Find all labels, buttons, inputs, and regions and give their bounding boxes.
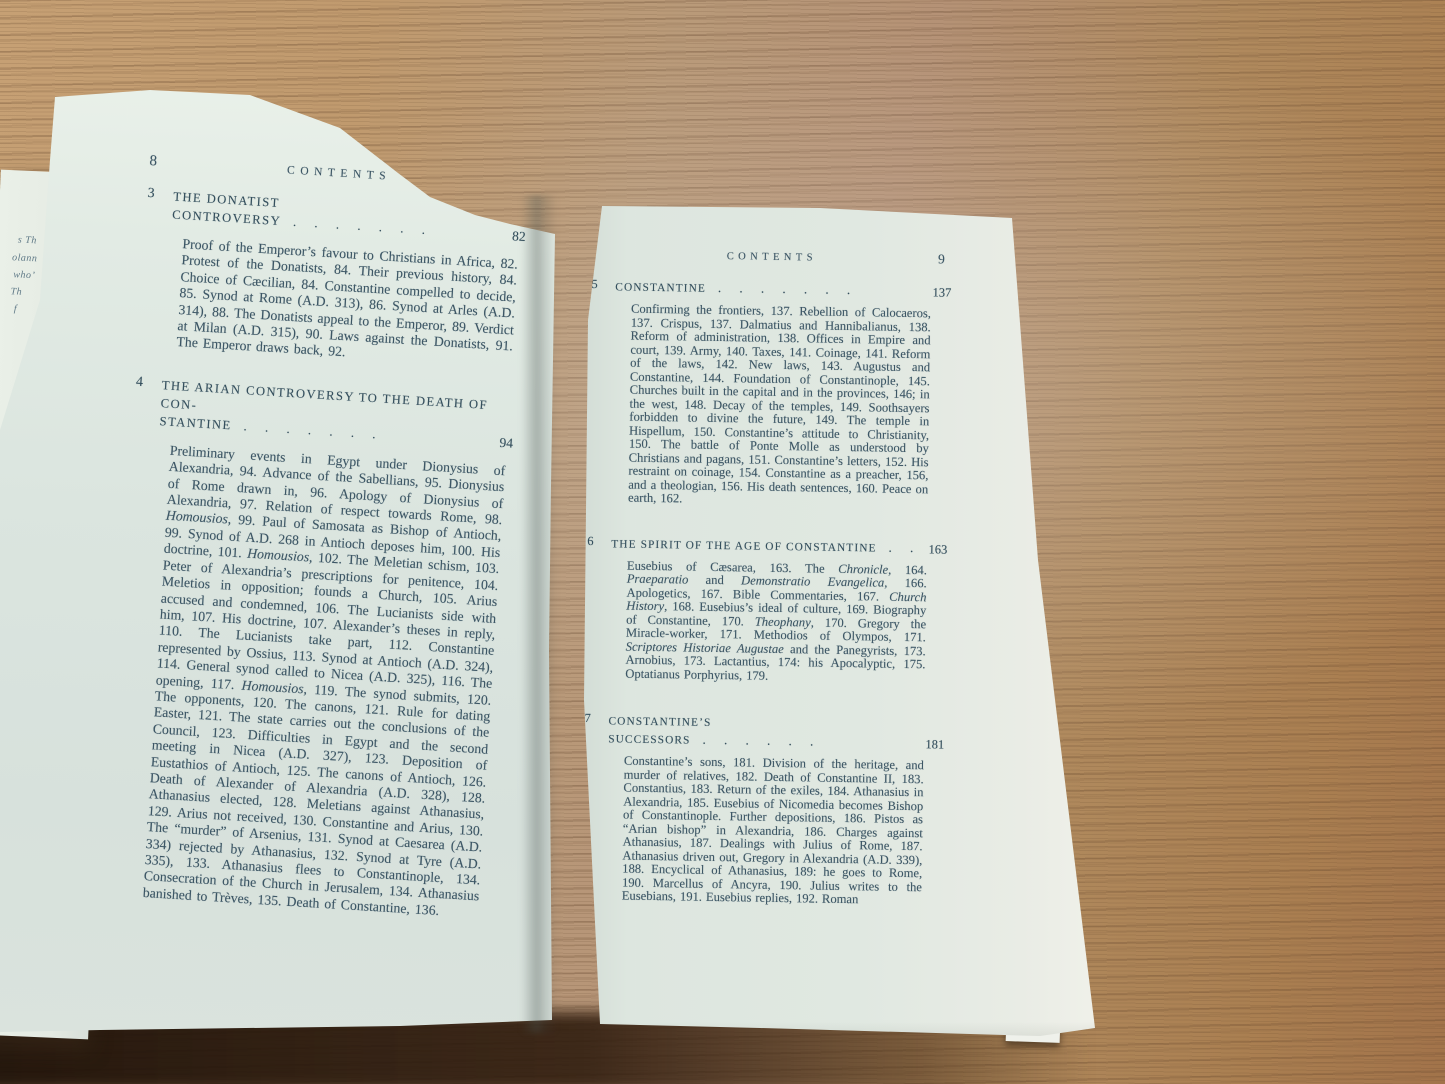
section-heading: 7 CONSTANTINE’S SUCCESSORS. . . . . . 18… <box>584 711 945 753</box>
leader-dots: . . . . . . . <box>293 214 426 237</box>
section-number: 3 <box>147 186 174 204</box>
running-head: CONTENTS <box>149 156 529 191</box>
section-number: 7 <box>584 711 608 726</box>
underpage-text-fragment: Th <box>10 286 22 297</box>
running-head: CONTENTS <box>592 249 952 266</box>
left-page: 8 CONTENTS 3 THE DONATIST CONTROVERSY. .… <box>0 85 670 1045</box>
section-number: 5 <box>591 277 615 292</box>
underpage-text-fragment: who’ <box>13 269 35 281</box>
underpage-text-fragment: olann <box>12 252 38 264</box>
section-title: THE SPIRIT OF THE AGE OF CONSTANTINE <box>611 538 876 554</box>
section-heading: 3 THE DONATIST CONTROVERSY. . . . . . . … <box>146 186 527 245</box>
section-title: CONSTANTINE <box>615 281 706 294</box>
section-body: Confirming the frontiers, 137. Rebellion… <box>628 303 931 510</box>
book-photo: s Th olann who’ Th f 8 CONTENTS 3 THE DO… <box>0 0 1445 1084</box>
underpage-text-fragment: f <box>14 303 18 314</box>
section-body: Preliminary events in Egypt under Dionys… <box>142 443 505 922</box>
page-number: 9 <box>938 251 946 267</box>
section-number: 4 <box>135 374 162 392</box>
section-page-ref: 181 <box>925 737 944 752</box>
section-title: THE DONATIST CONTROVERSY <box>172 190 282 229</box>
right-page-header: CONTENTS 9 <box>592 246 952 272</box>
section-number: 6 <box>587 533 611 548</box>
right-page-content: CONTENTS 9 5 CONSTANTINE. . . . . . . 13… <box>582 246 952 908</box>
leader-dots: . . . . . . <box>702 732 813 749</box>
leader-dots: . . . . . . . <box>718 280 850 297</box>
section-page-ref: 94 <box>499 435 513 452</box>
leader-dots: . . <box>889 539 914 554</box>
right-page: CONTENTS 9 5 CONSTANTINE. . . . . . . 13… <box>556 188 1104 1048</box>
section-title: CONSTANTINE’S SUCCESSORS <box>608 715 711 746</box>
section-page-ref: 163 <box>928 542 947 557</box>
section-heading: 6 THE SPIRIT OF THE AGE OF CONSTANTINE. … <box>587 533 947 557</box>
section-body: Constantine’s sons, 181. Division of the… <box>622 755 924 908</box>
section-page-ref: 137 <box>932 285 951 300</box>
leader-dots: . . . . . . . <box>243 418 376 441</box>
left-page-content: 8 CONTENTS 3 THE DONATIST CONTROVERSY. .… <box>104 153 529 922</box>
section-body: Proof of the Emperor’s favour to Christi… <box>176 236 518 371</box>
section-page-ref: 82 <box>512 228 526 245</box>
section-body: Eusebius of Cæsarea, 163. The Chronicle,… <box>625 559 927 685</box>
section-heading: 4 THE ARIAN CONTROVERSY TO THE DEATH OF … <box>133 374 516 451</box>
section-heading: 5 CONSTANTINE. . . . . . . 137 <box>591 277 951 301</box>
underpage-text-fragment: s Th <box>18 234 37 246</box>
